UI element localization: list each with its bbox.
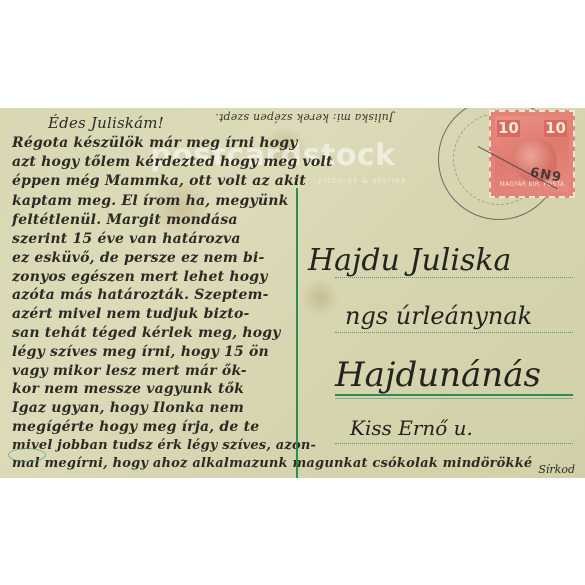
address-line xyxy=(335,332,573,333)
message-line: feltétlenül. Margit mondása xyxy=(12,213,238,227)
message-line: zonyos egészen mert lehet hogy xyxy=(12,270,268,284)
message-line: kor nem messze vagyunk tők xyxy=(12,382,244,396)
recipient-street: Kiss Ernő u. xyxy=(350,418,473,438)
stamp-value-right: 10 xyxy=(544,120,567,137)
message-line: Igaz ugyan, hogy Ilonka nem xyxy=(12,401,244,415)
recipient-title: ngs úrleánynak xyxy=(345,304,532,328)
message-line: ez esküvő, de persze ez nem bi- xyxy=(12,251,265,265)
message-line: Régota készülök már meg írni hogy xyxy=(12,136,298,150)
stain xyxy=(300,278,340,318)
signature: Sírkod xyxy=(538,463,575,476)
stamp-value-left: 10 xyxy=(497,120,520,137)
postcard-back: postcardstock pictures & stories Juliska… xyxy=(0,108,585,478)
watermark-tagline: pictures & stories xyxy=(318,176,406,185)
recipient-city: Hajdunánás xyxy=(335,358,541,392)
message-line: vagy mikor lesz mert már ők- xyxy=(12,364,247,378)
message-line: san tehát téged kérlek meg, hogy xyxy=(12,326,281,340)
address-line xyxy=(335,443,573,444)
message-greeting: Édes Juliskám! xyxy=(48,116,164,131)
message-line: mal megírni, hogy ahoz alkalmazunk magun… xyxy=(12,457,532,470)
page: postcardstock pictures & stories Juliska… xyxy=(0,0,585,585)
message-line: azóta más határozták. Szeptem- xyxy=(12,288,269,302)
message-line: éppen még Mammka, ott volt az akit xyxy=(12,174,306,188)
message-line: légy szíves meg írni, hogy 15 ön xyxy=(12,345,269,359)
message-line: szerint 15 éve van határozva xyxy=(12,232,241,246)
message-line: azt hogy tőlem kérdezted hogy meg volt xyxy=(12,155,333,169)
green-ink-mark xyxy=(8,448,46,462)
message-line: megígérte hogy meg írja, de te xyxy=(12,420,259,434)
upside-down-note: Juliska mi: kerek szépen szept. xyxy=(215,112,393,123)
postage-stamp: 10 10 MAGYAR KIR. POSTA xyxy=(489,110,575,198)
message-line: kaptam meg. El írom ha, megyünk xyxy=(12,194,289,208)
message-line: azért mivel nem tudjuk bizto- xyxy=(12,307,250,321)
divider-line xyxy=(296,188,298,478)
message-line: mivel jobban tudsz érk légy szíves, azon… xyxy=(12,439,316,452)
recipient-name: Hajdu Juliska xyxy=(308,246,511,276)
